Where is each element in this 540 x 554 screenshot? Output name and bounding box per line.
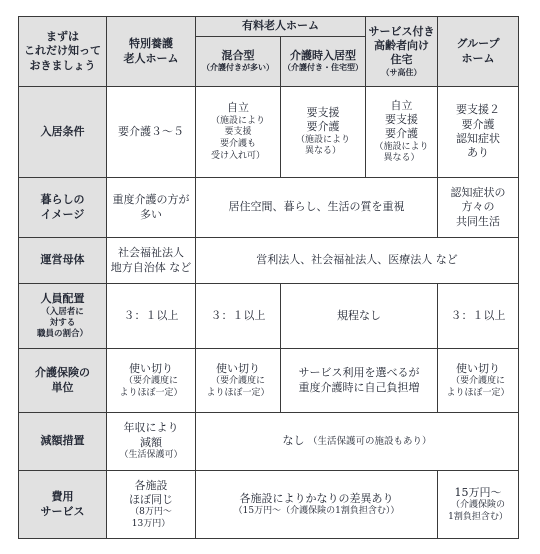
cell-text: 自立 bbox=[198, 101, 278, 115]
rowlabel-text: 入居条件 bbox=[21, 125, 104, 139]
table-row-jinin-haichi: 人員配置 （入居者に 対する 職員の割合） ３：１以上 ３：１以上 規程なし ３… bbox=[19, 284, 519, 349]
cell-text: 使い切り bbox=[198, 362, 278, 376]
rowlabel-text: 費用 サービス bbox=[21, 490, 104, 519]
table-row-kaigo-hoken: 介護保険の 単位 使い切り （要介護度に よりほぼ一定） 使い切り （要介護度に… bbox=[19, 349, 519, 413]
header-col-kongo: 混合型 （介護付きが多い） bbox=[196, 37, 281, 87]
cell-text: なし bbox=[282, 434, 304, 447]
table-row-gengaku-sochi: 減額措置 年収により 減額 （生活保護可） なし （生活保護可の施設もあり） bbox=[19, 413, 519, 471]
cell-jinin-tokuyo: ３：１以上 bbox=[107, 284, 196, 349]
cell-gengaku-span4: なし （生活保護可の施設もあり） bbox=[196, 413, 519, 471]
header-intro: まずは これだけ知って おきましょう bbox=[19, 17, 107, 87]
cell-subtext: （施設により 異なる） bbox=[368, 142, 435, 165]
cell-nyukyo-kongo: 自立 （施設により 要支援 要介護も 受け入れ可） bbox=[196, 87, 281, 178]
rowlabel-subtext: （入居者に 対する 職員の割合） bbox=[21, 307, 104, 340]
cell-hoken-kongo: 使い切り （要介護度に よりほぼ一定） bbox=[196, 349, 281, 413]
rowlabel-text: 運営母体 bbox=[21, 253, 104, 267]
cell-text: ３：１以上 bbox=[440, 309, 516, 323]
cell-nyukyo-group-home: 要支援２ 要介護 認知症状 あり bbox=[438, 87, 519, 178]
cell-text: 各施設によりかなりの差異あり bbox=[198, 492, 435, 506]
cell-nyukyo-kaigoji: 要支援 要介護 （施設により 異なる） bbox=[281, 87, 366, 178]
rowlabel-kurashi-image: 暮らしの イメージ bbox=[19, 178, 107, 238]
cell-subtext: （15万円～（介護保険の1割負担含む）） bbox=[198, 506, 435, 518]
cell-jinin-span2: 規程なし bbox=[281, 284, 438, 349]
cell-text: 営利法人、社会福祉法人、医療法人 など bbox=[198, 253, 516, 267]
cell-text: 重度介護の方が 多い bbox=[109, 193, 193, 222]
rowlabel-gengaku-sochi: 減額措置 bbox=[19, 413, 107, 471]
cell-text: 要介護３～５ bbox=[109, 125, 193, 139]
header-yuryo-label: 有料老人ホーム bbox=[198, 19, 363, 33]
cell-kurashi-group-home: 認知症状の 方々の 共同生活 bbox=[438, 178, 519, 238]
header-col-group-home: グループ ホーム bbox=[438, 17, 519, 87]
header-group-home-label: グループ ホーム bbox=[440, 37, 516, 66]
cell-subtext: （8万円～ 13万円） bbox=[109, 507, 193, 530]
header-kaigoji-label: 介護時入居型 bbox=[283, 49, 363, 63]
cell-text: サービス利用を選べるが 重度介護時に自己負担増 bbox=[283, 366, 435, 395]
cell-hiyo-tokuyo: 各施設 ほぼ同じ （8万円～ 13万円） bbox=[107, 471, 196, 539]
cell-text: 年収により 減額 bbox=[109, 421, 193, 450]
header-col-kaigoji: 介護時入居型 （介護付き・住宅型） bbox=[281, 37, 366, 87]
cell-text: ３：１以上 bbox=[109, 309, 193, 323]
cell-subtext: （生活保護可） bbox=[109, 450, 193, 462]
cell-nyukyo-tokuyo: 要介護３～５ bbox=[107, 87, 196, 178]
header-kongo-sublabel: （介護付きが多い） bbox=[198, 63, 278, 73]
cell-text: ３：１以上 bbox=[198, 309, 278, 323]
cell-text: 15万円～ bbox=[440, 486, 516, 500]
rowlabel-jinin-haichi: 人員配置 （入居者に 対する 職員の割合） bbox=[19, 284, 107, 349]
cell-jinin-kongo: ３：１以上 bbox=[196, 284, 281, 349]
rowlabel-hiyo-service: 費用 サービス bbox=[19, 471, 107, 539]
table-row-hiyo-service: 費用 サービス 各施設 ほぼ同じ （8万円～ 13万円） 各施設によりかなりの差… bbox=[19, 471, 519, 539]
cell-text: 居住空間、暮らし、生活の質を重視 bbox=[198, 200, 435, 214]
care-facility-comparison-table: まずは これだけ知って おきましょう 特別養護 老人ホーム 有料老人ホーム サー… bbox=[18, 16, 519, 539]
rowlabel-text: 減額措置 bbox=[21, 434, 104, 448]
rowlabel-text: 介護保険の 単位 bbox=[21, 366, 104, 395]
scanned-comparison-page: まずは これだけ知って おきましょう 特別養護 老人ホーム 有料老人ホーム サー… bbox=[0, 0, 540, 554]
header-col-satakoju: サービス付き 高齢者向け 住宅 （サ高住） bbox=[366, 17, 438, 87]
cell-hoken-span2: サービス利用を選べるが 重度介護時に自己負担増 bbox=[281, 349, 438, 413]
cell-subtext: （要介護度に よりほぼ一定） bbox=[198, 376, 278, 399]
cell-unei-span4: 営利法人、社会福祉法人、医療法人 など bbox=[196, 238, 519, 284]
cell-text: 社会福祉法人 地方自治体 など bbox=[109, 246, 193, 275]
cell-text: 使い切り bbox=[109, 362, 193, 376]
header-kongo-label: 混合型 bbox=[198, 49, 278, 63]
header-tokuyo-label: 特別養護 老人ホーム bbox=[109, 37, 193, 66]
cell-hiyo-span3: 各施設によりかなりの差異あり （15万円～（介護保険の1割負担含む）） bbox=[196, 471, 438, 539]
cell-text: 自立 要支援 要介護 bbox=[368, 99, 435, 142]
cell-kurashi-tokuyo: 重度介護の方が 多い bbox=[107, 178, 196, 238]
rowlabel-unei-botai: 運営母体 bbox=[19, 238, 107, 284]
table-row-nyukyo-joken: 入居条件 要介護３～５ 自立 （施設により 要支援 要介護も 受け入れ可） 要支… bbox=[19, 87, 519, 178]
cell-jinin-group-home: ３：１以上 bbox=[438, 284, 519, 349]
cell-subtext: （施設により 要支援 要介護も 受け入れ可） bbox=[198, 116, 278, 163]
cell-hoken-tokuyo: 使い切り （要介護度に よりほぼ一定） bbox=[107, 349, 196, 413]
cell-text: 各施設 ほぼ同じ bbox=[109, 479, 193, 508]
header-row-top: まずは これだけ知って おきましょう 特別養護 老人ホーム 有料老人ホーム サー… bbox=[19, 17, 519, 37]
rowlabel-text: 人員配置 bbox=[21, 292, 104, 306]
header-group-yuryo: 有料老人ホーム bbox=[196, 17, 366, 37]
cell-text: 要支援 要介護 bbox=[283, 106, 363, 135]
cell-subtext: （介護保険の 1割負担含む） bbox=[440, 500, 516, 523]
cell-text: 要支援２ 要介護 認知症状 あり bbox=[440, 103, 516, 160]
header-satakoju-sublabel: （サ高住） bbox=[368, 68, 435, 78]
cell-text: 規程なし bbox=[283, 309, 435, 323]
rowlabel-nyukyo-joken: 入居条件 bbox=[19, 87, 107, 178]
cell-subtext: （生活保護可の施設もあり） bbox=[308, 436, 432, 447]
cell-subtext: （要介護度に よりほぼ一定） bbox=[109, 376, 193, 399]
cell-unei-tokuyo: 社会福祉法人 地方自治体 など bbox=[107, 238, 196, 284]
cell-hiyo-group-home: 15万円～ （介護保険の 1割負担含む） bbox=[438, 471, 519, 539]
table-row-kurashi-image: 暮らしの イメージ 重度介護の方が 多い 居住空間、暮らし、生活の質を重視 認知… bbox=[19, 178, 519, 238]
header-kaigoji-sublabel: （介護付き・住宅型） bbox=[283, 63, 363, 73]
header-col-tokuyo: 特別養護 老人ホーム bbox=[107, 17, 196, 87]
cell-nyukyo-satakoju: 自立 要支援 要介護 （施設により 異なる） bbox=[366, 87, 438, 178]
cell-gengaku-tokuyo: 年収により 減額 （生活保護可） bbox=[107, 413, 196, 471]
header-satakoju-label: サービス付き 高齢者向け 住宅 bbox=[368, 25, 435, 68]
cell-subtext: （施設により 異なる） bbox=[283, 135, 363, 158]
cell-subtext: （要介護度に よりほぼ一定） bbox=[440, 376, 516, 399]
cell-text: 認知症状の 方々の 共同生活 bbox=[440, 186, 516, 229]
rowlabel-text: 暮らしの イメージ bbox=[21, 193, 104, 222]
rowlabel-kaigo-hoken: 介護保険の 単位 bbox=[19, 349, 107, 413]
cell-kurashi-span3: 居住空間、暮らし、生活の質を重視 bbox=[196, 178, 438, 238]
cell-hoken-group-home: 使い切り （要介護度に よりほぼ一定） bbox=[438, 349, 519, 413]
cell-text: 使い切り bbox=[440, 362, 516, 376]
header-intro-label: まずは これだけ知って おきましょう bbox=[21, 30, 104, 73]
table-row-unei-botai: 運営母体 社会福祉法人 地方自治体 など 営利法人、社会福祉法人、医療法人 など bbox=[19, 238, 519, 284]
